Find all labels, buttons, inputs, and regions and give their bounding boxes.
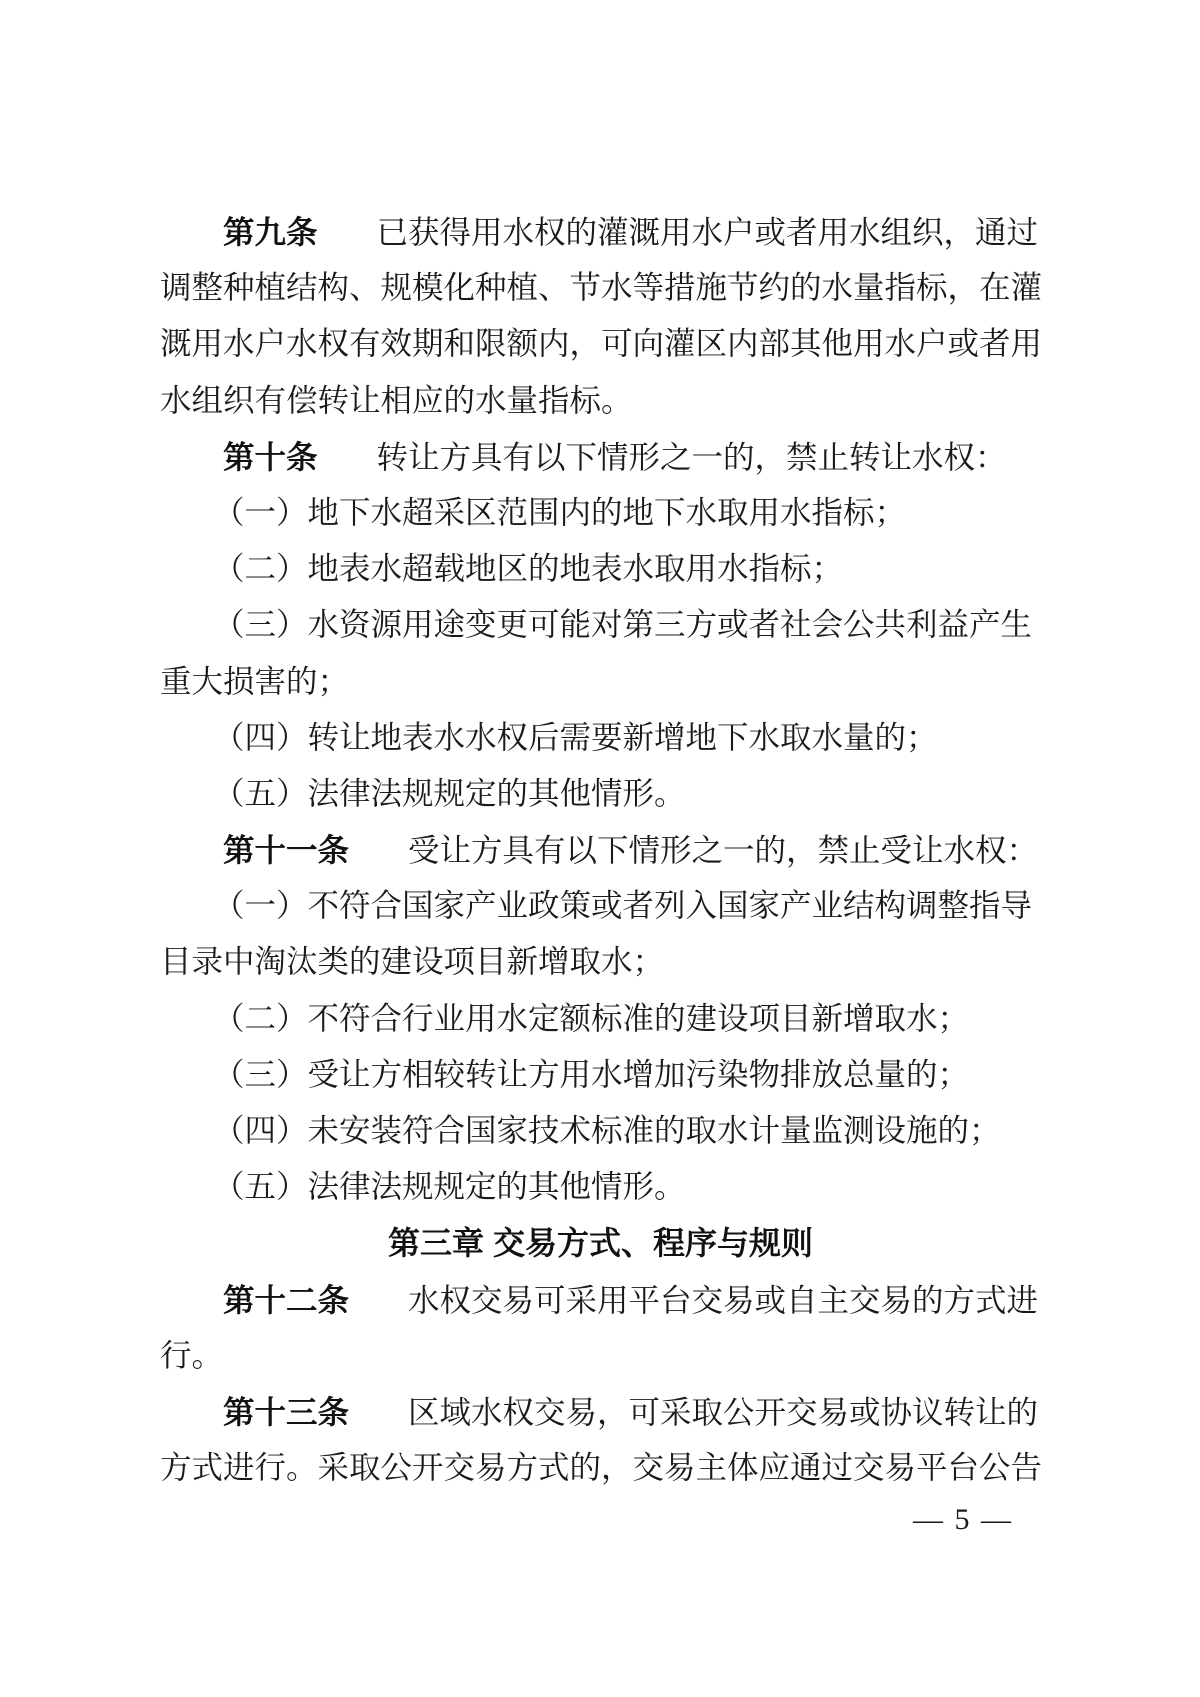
doc-line: 调整种植结构、规模化种植、节水等措施节约的水量指标，在灌: [160, 260, 1041, 316]
chapter-heading-text: 第三章 交易方式、程序与规则: [388, 1225, 813, 1261]
doc-line: （四）未安装符合国家技术标准的取水计量监测设施的；: [160, 1103, 1041, 1159]
doc-line-text: （五）法律法规规定的其他情形。: [213, 1169, 686, 1204]
doc-line-text: 区域水权交易，可采取公开交易或协议转让的: [408, 1395, 1038, 1430]
doc-line-text: 受让方具有以下情形之一的，禁止受让水权：: [408, 833, 1038, 868]
doc-line-text: 目录中淘汰类的建设项目新增取水；: [160, 944, 664, 979]
doc-line-text: （三）水资源用途变更可能对第三方或者社会公共利益产生: [213, 607, 1032, 642]
doc-line-text: 方式进行。采取公开交易方式的，交易主体应通过交易平台公告: [160, 1450, 1042, 1485]
doc-line-text: 重大损害的；: [160, 664, 349, 699]
chapter-heading: 第三章 交易方式、程序与规则: [160, 1215, 1041, 1271]
doc-line-text: 调整种植结构、规模化种植、节水等措施节约的水量指标，在灌: [160, 270, 1042, 305]
doc-line: 第十三条区域水权交易，可采取公开交易或协议转让的: [160, 1384, 1041, 1440]
doc-line-text: （二）不符合行业用水定额标准的建设项目新增取水；: [213, 1001, 969, 1036]
article-number: 第十条: [223, 439, 318, 475]
doc-line: 目录中淘汰类的建设项目新增取水；: [160, 934, 1041, 990]
doc-line: （五）法律法规规定的其他情形。: [160, 766, 1041, 822]
doc-line: 第十条转让方具有以下情形之一的，禁止转让水权：: [160, 429, 1041, 485]
doc-line: （二）地表水超载地区的地表水取用水指标；: [160, 541, 1041, 597]
doc-line: （一）不符合国家产业政策或者列入国家产业结构调整指导: [160, 878, 1041, 934]
doc-line-text: （二）地表水超载地区的地表水取用水指标；: [213, 551, 843, 586]
doc-line: 溉用水户水权有效期和限额内，可向灌区内部其他用水户或者用: [160, 316, 1041, 372]
doc-line: 第十一条受让方具有以下情形之一的，禁止受让水权：: [160, 822, 1041, 878]
article-number: 第十三条: [223, 1394, 349, 1430]
doc-line: （二）不符合行业用水定额标准的建设项目新增取水；: [160, 991, 1041, 1047]
doc-line-text: （一）地下水超采区范围内的地下水取用水指标；: [213, 495, 906, 530]
doc-line-text: （一）不符合国家产业政策或者列入国家产业结构调整指导: [213, 888, 1032, 923]
doc-line-text: （五）法律法规规定的其他情形。: [213, 776, 686, 811]
doc-line-text: （四）未安装符合国家技术标准的取水计量监测设施的；: [213, 1113, 1001, 1148]
document-page: 第九条已获得用水权的灌溉用水户或者用水组织，通过调整种植结构、规模化种植、节水等…: [0, 0, 1200, 1697]
doc-line-text: （四）转让地表水水权后需要新增地下水取水量的；: [213, 720, 938, 755]
doc-line-text: 水权交易可采用平台交易或自主交易的方式进: [408, 1283, 1038, 1318]
article-number: 第九条: [223, 214, 318, 250]
doc-line: 行。: [160, 1328, 1041, 1384]
article-number: 第十一条: [223, 832, 349, 868]
document-body: 第九条已获得用水权的灌溉用水户或者用水组织，通过调整种植结构、规模化种植、节水等…: [160, 204, 1041, 1496]
doc-line: 水组织有偿转让相应的水量指标。: [160, 373, 1041, 429]
doc-line: （三）受让方相较转让方用水增加污染物排放总量的；: [160, 1047, 1041, 1103]
doc-line: （一）地下水超采区范围内的地下水取用水指标；: [160, 485, 1041, 541]
doc-line-text: 溉用水户水权有效期和限额内，可向灌区内部其他用水户或者用: [160, 326, 1042, 361]
page-number: — 5 —: [913, 1500, 1013, 1540]
doc-line: （三）水资源用途变更可能对第三方或者社会公共利益产生: [160, 597, 1041, 653]
doc-line: 重大损害的；: [160, 654, 1041, 710]
doc-line: 方式进行。采取公开交易方式的，交易主体应通过交易平台公告: [160, 1440, 1041, 1496]
article-number: 第十二条: [223, 1282, 349, 1318]
doc-line: 第十二条水权交易可采用平台交易或自主交易的方式进: [160, 1272, 1041, 1328]
doc-line-text: 已获得用水权的灌溉用水户或者用水组织，通过: [377, 215, 1039, 250]
doc-line-text: 行。: [160, 1338, 223, 1373]
doc-line-text: 水组织有偿转让相应的水量指标。: [160, 383, 633, 418]
doc-line: （四）转让地表水水权后需要新增地下水取水量的；: [160, 710, 1041, 766]
doc-line-text: （三）受让方相较转让方用水增加污染物排放总量的；: [213, 1057, 969, 1092]
doc-line-text: 转让方具有以下情形之一的，禁止转让水权：: [377, 440, 1007, 475]
doc-line: （五）法律法规规定的其他情形。: [160, 1159, 1041, 1215]
doc-line: 第九条已获得用水权的灌溉用水户或者用水组织，通过: [160, 204, 1041, 260]
